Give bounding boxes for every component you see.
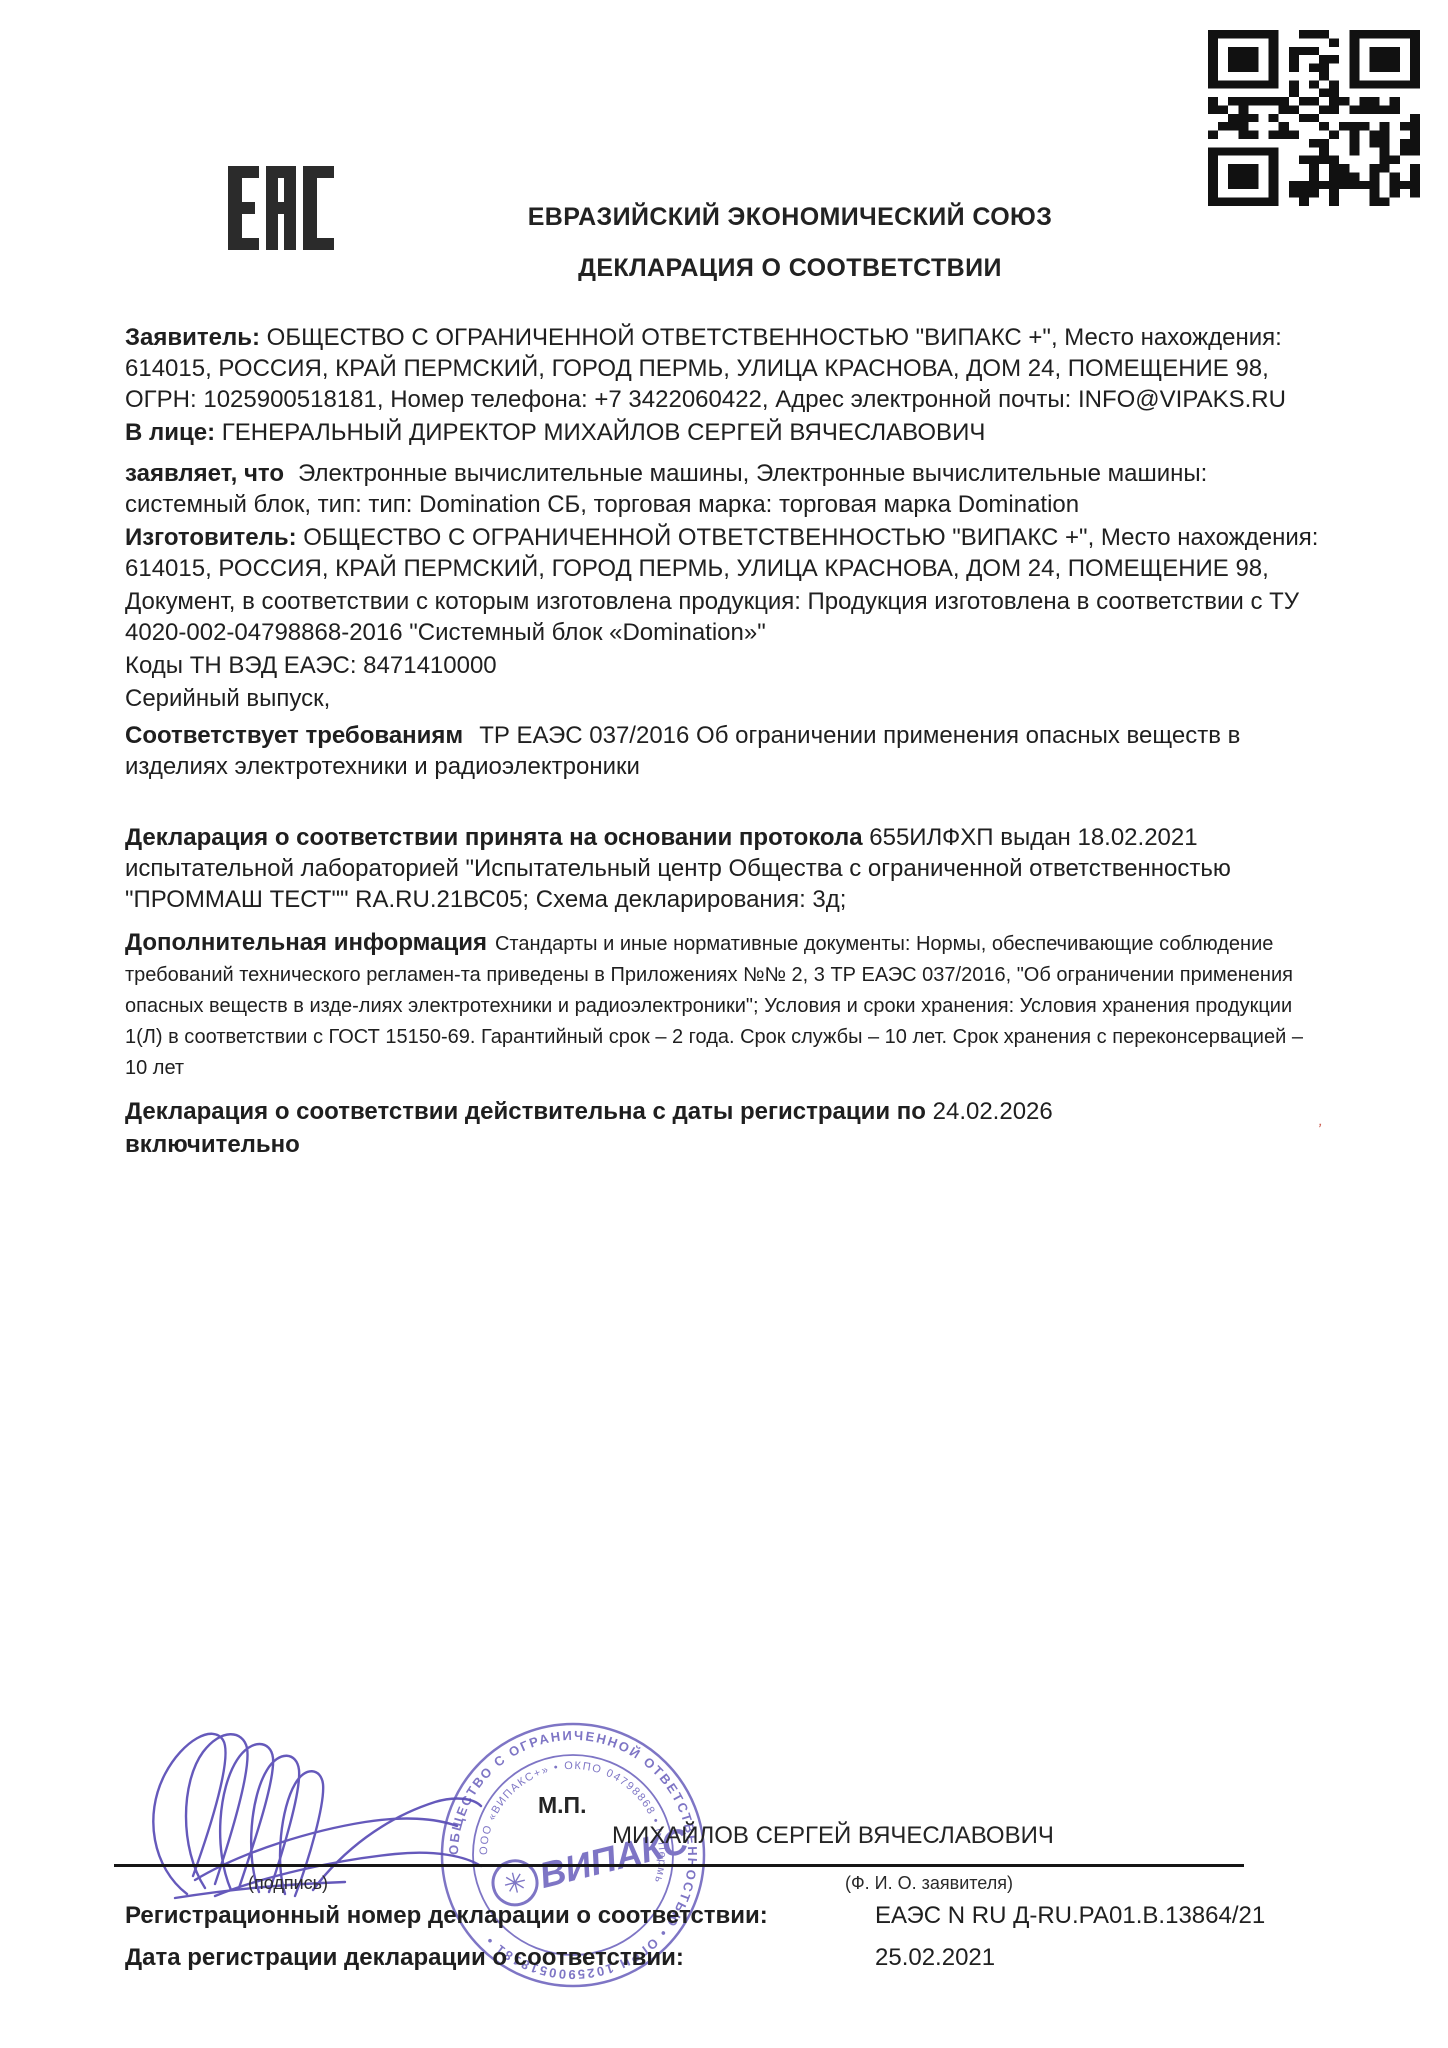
eac-mark-icon bbox=[228, 166, 334, 250]
in-person-label: В лице: bbox=[125, 419, 215, 446]
basis-label: Декларация о соответствии принята на осн… bbox=[125, 824, 863, 851]
declares-paragraph: заявляет, чтоЭлектронные вычислительные … bbox=[125, 458, 1330, 520]
applicant-label: Заявитель: bbox=[125, 324, 260, 351]
qr-code-icon bbox=[1208, 30, 1420, 206]
serial-issue-line: Серийный выпуск, bbox=[125, 683, 1330, 714]
registration-number-label: Регистрационный номер декларации о соотв… bbox=[125, 1902, 768, 1929]
stamp-snowflake-icon: ✳ bbox=[500, 1865, 530, 1901]
declaration-page: ЕВРАЗИЙСКИЙ ЭКОНОМИЧЕСКИЙ СОЮЗ ДЕКЛАРАЦИ… bbox=[0, 0, 1448, 2048]
validity-label: Декларация о соответствии действительна … bbox=[125, 1098, 926, 1125]
manufacturer-paragraph: Изготовитель: ОБЩЕСТВО С ОГРАНИЧЕННОЙ ОТ… bbox=[125, 522, 1330, 584]
manufacturer-text: ОБЩЕСТВО С ОГРАНИЧЕННОЙ ОТВЕТСТВЕННОСТЬЮ… bbox=[125, 524, 1318, 582]
document-title: ДЕКЛАРАЦИЯ О СООТВЕТСТВИИ bbox=[390, 254, 1190, 283]
name-caption: (Ф. И. О. заявителя) bbox=[845, 1873, 1013, 1894]
validity-suffix-line: включительно bbox=[125, 1129, 1330, 1160]
signature-line bbox=[114, 1864, 614, 1867]
compliance-paragraph: Соответствует требованиямТР ЕАЭС 037/201… bbox=[125, 720, 1330, 782]
manufacturer-label: Изготовитель: bbox=[125, 524, 297, 551]
applicant-paragraph: Заявитель: ОБЩЕСТВО С ОГРАНИЧЕННОЙ ОТВЕТ… bbox=[125, 322, 1330, 415]
validity-date: 24.02.2026 bbox=[933, 1098, 1053, 1125]
declaration-body: Заявитель: ОБЩЕСТВО С ОГРАНИЧЕННОЙ ОТВЕТ… bbox=[125, 322, 1330, 1162]
registration-number-row: Регистрационный номер декларации о соотв… bbox=[125, 1902, 1340, 1930]
name-line bbox=[612, 1864, 1244, 1867]
qr-code bbox=[1208, 30, 1420, 206]
signature-caption: (подпись) bbox=[248, 1873, 328, 1894]
additional-info-label: Дополнительная информация bbox=[125, 929, 487, 956]
tn-ved-codes-line: Коды ТН ВЭД ЕАЭС: 8471410000 bbox=[125, 650, 1330, 681]
validity-paragraph: Декларация о соответствии действительна … bbox=[125, 1096, 1330, 1127]
registration-date-row: Дата регистрации декларации о соответств… bbox=[125, 1944, 1340, 1972]
applicant-text: ОБЩЕСТВО С ОГРАНИЧЕННОЙ ОТВЕТСТВЕННОСТЬЮ… bbox=[125, 324, 1286, 413]
production-document-line: Документ, в соответствии с которым изгот… bbox=[125, 586, 1330, 648]
union-title: ЕВРАЗИЙСКИЙ ЭКОНОМИЧЕСКИЙ СОЮЗ bbox=[390, 203, 1190, 232]
stamp-place-mark: М.П. bbox=[538, 1792, 586, 1819]
declares-text: Электронные вычислительные машины, Элект… bbox=[125, 460, 1207, 518]
signer-name: МИХАЙЛОВ СЕРГЕЙ ВЯЧЕСЛАВОВИЧ bbox=[612, 1822, 1054, 1850]
validity-suffix: включительно bbox=[125, 1131, 300, 1158]
in-person-text: ГЕНЕРАЛЬНЫЙ ДИРЕКТОР МИХАЙЛОВ СЕРГЕЙ ВЯЧ… bbox=[222, 419, 986, 446]
registration-date-label: Дата регистрации декларации о соответств… bbox=[125, 1944, 684, 1971]
eac-mark-logo bbox=[228, 166, 334, 252]
registration-number-value: ЕАЭС N RU Д-RU.РА01.В.13864/21 bbox=[875, 1902, 1265, 1930]
in-person-paragraph: В лице: ГЕНЕРАЛЬНЫЙ ДИРЕКТОР МИХАЙЛОВ СЕ… bbox=[125, 417, 1330, 448]
additional-info-paragraph: Дополнительная информацияСтандарты и ины… bbox=[125, 927, 1330, 1082]
declares-label: заявляет, что bbox=[125, 460, 284, 487]
registration-date-value: 25.02.2021 bbox=[875, 1944, 995, 1972]
compliance-label: Соответствует требованиям bbox=[125, 722, 463, 749]
basis-paragraph: Декларация о соответствии принята на осн… bbox=[125, 822, 1330, 915]
